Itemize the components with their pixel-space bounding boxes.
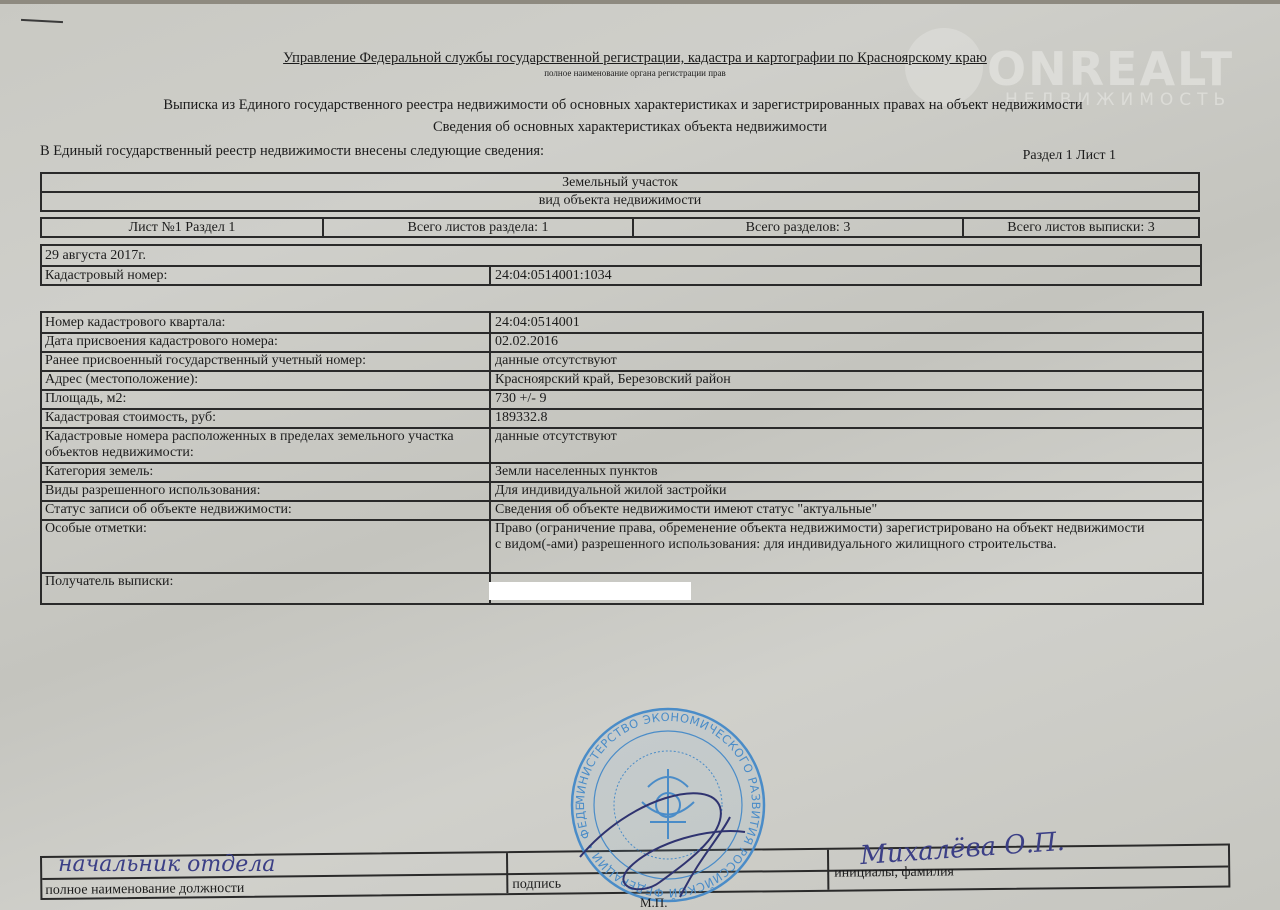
cadastral-number-value: 24:04:0514001:1034 xyxy=(492,268,612,284)
total-sheets: Всего листов выписки: 3 xyxy=(964,220,1198,236)
detail-label: Кадастровая стоимость, руб: xyxy=(42,410,485,426)
position-caption: полное наименование должности xyxy=(42,881,244,899)
detail-label: Получатель выписки: xyxy=(42,574,485,590)
detail-label: Площадь, м2: xyxy=(42,391,485,407)
detail-label: Особые отметки: xyxy=(42,521,485,537)
detail-label: Адрес (местоположение): xyxy=(42,372,485,388)
sheet-number: Лист №1 Раздел 1 xyxy=(42,220,322,236)
detail-label: Дата присвоения кадастрового номера: xyxy=(42,334,485,350)
redacted-recipient xyxy=(489,582,691,600)
detail-label: Категория земель: xyxy=(42,464,485,480)
details-table: Номер кадастрового квартала:24:04:051400… xyxy=(40,311,1204,605)
page-top-edge xyxy=(0,0,1280,4)
detail-value: 189332.8 xyxy=(492,410,1145,426)
sheet-info-box: Лист №1 Раздел 1 Всего листов раздела: 1… xyxy=(40,217,1200,238)
detail-label: Виды разрешенного использования: xyxy=(42,483,485,499)
intro-text: В Единый государственный реестр недвижим… xyxy=(40,143,544,160)
object-type-caption: вид объекта недвижимости xyxy=(42,193,1198,209)
extract-date: 29 августа 2017г. xyxy=(42,248,146,264)
detail-value: Красноярский край, Березовский район xyxy=(492,372,1145,388)
document-subtitle: Сведения об основных характеристиках объ… xyxy=(0,119,1260,136)
detail-label: Ранее присвоенный государственный учетны… xyxy=(42,353,485,369)
detail-value: Сведения об объекте недвижимости имеют с… xyxy=(492,502,1145,518)
seal-caption: М.П. xyxy=(640,895,667,910)
sheets-in-section: Всего листов раздела: 1 xyxy=(324,220,632,236)
section-reference: Раздел 1 Лист 1 xyxy=(1023,148,1116,164)
authority-caption: полное наименование органа регистрации п… xyxy=(0,68,1270,78)
cadastral-number-label: Кадастровый номер: xyxy=(42,268,167,284)
detail-label: Номер кадастрового квартала: xyxy=(42,315,485,331)
detail-label: Статус записи об объекте недвижимости: xyxy=(42,502,485,518)
detail-value: данные отсутствуют xyxy=(492,353,1145,369)
object-type: Земельный участок xyxy=(42,175,1198,191)
detail-value: 730 +/- 9 xyxy=(492,391,1145,407)
object-type-box: Земельный участок вид объекта недвижимос… xyxy=(40,172,1200,212)
detail-value: Для индивидуальной жилой застройки xyxy=(492,483,1145,499)
handwritten-position: начальник отдела xyxy=(58,852,275,877)
signature-caption: подпись xyxy=(509,877,561,894)
extract-title: Выписка из Единого государственного реес… xyxy=(0,97,1246,114)
detail-value: 24:04:0514001 xyxy=(492,315,1145,331)
authority-name: Управление Федеральной службы государств… xyxy=(0,50,1270,67)
detail-value: 02.02.2016 xyxy=(492,334,1145,350)
cadastral-box: 29 августа 2017г. Кадастровый номер: 24:… xyxy=(40,244,1202,286)
official-seal-icon: МИНИСТЕРСТВО ЭКОНОМИЧЕСКОГО РАЗВИТИЯ РОС… xyxy=(570,707,766,903)
detail-value: Право (ограничение права, обременение об… xyxy=(492,521,1145,553)
detail-label: Кадастровые номера расположенных в преде… xyxy=(42,429,485,461)
total-sections: Всего разделов: 3 xyxy=(634,220,962,236)
house-logo-icon xyxy=(905,28,983,106)
detail-value: Земли населенных пунктов xyxy=(492,464,1145,480)
detail-value: данные отсутствуют xyxy=(492,429,1145,445)
pen-mark xyxy=(21,19,63,23)
